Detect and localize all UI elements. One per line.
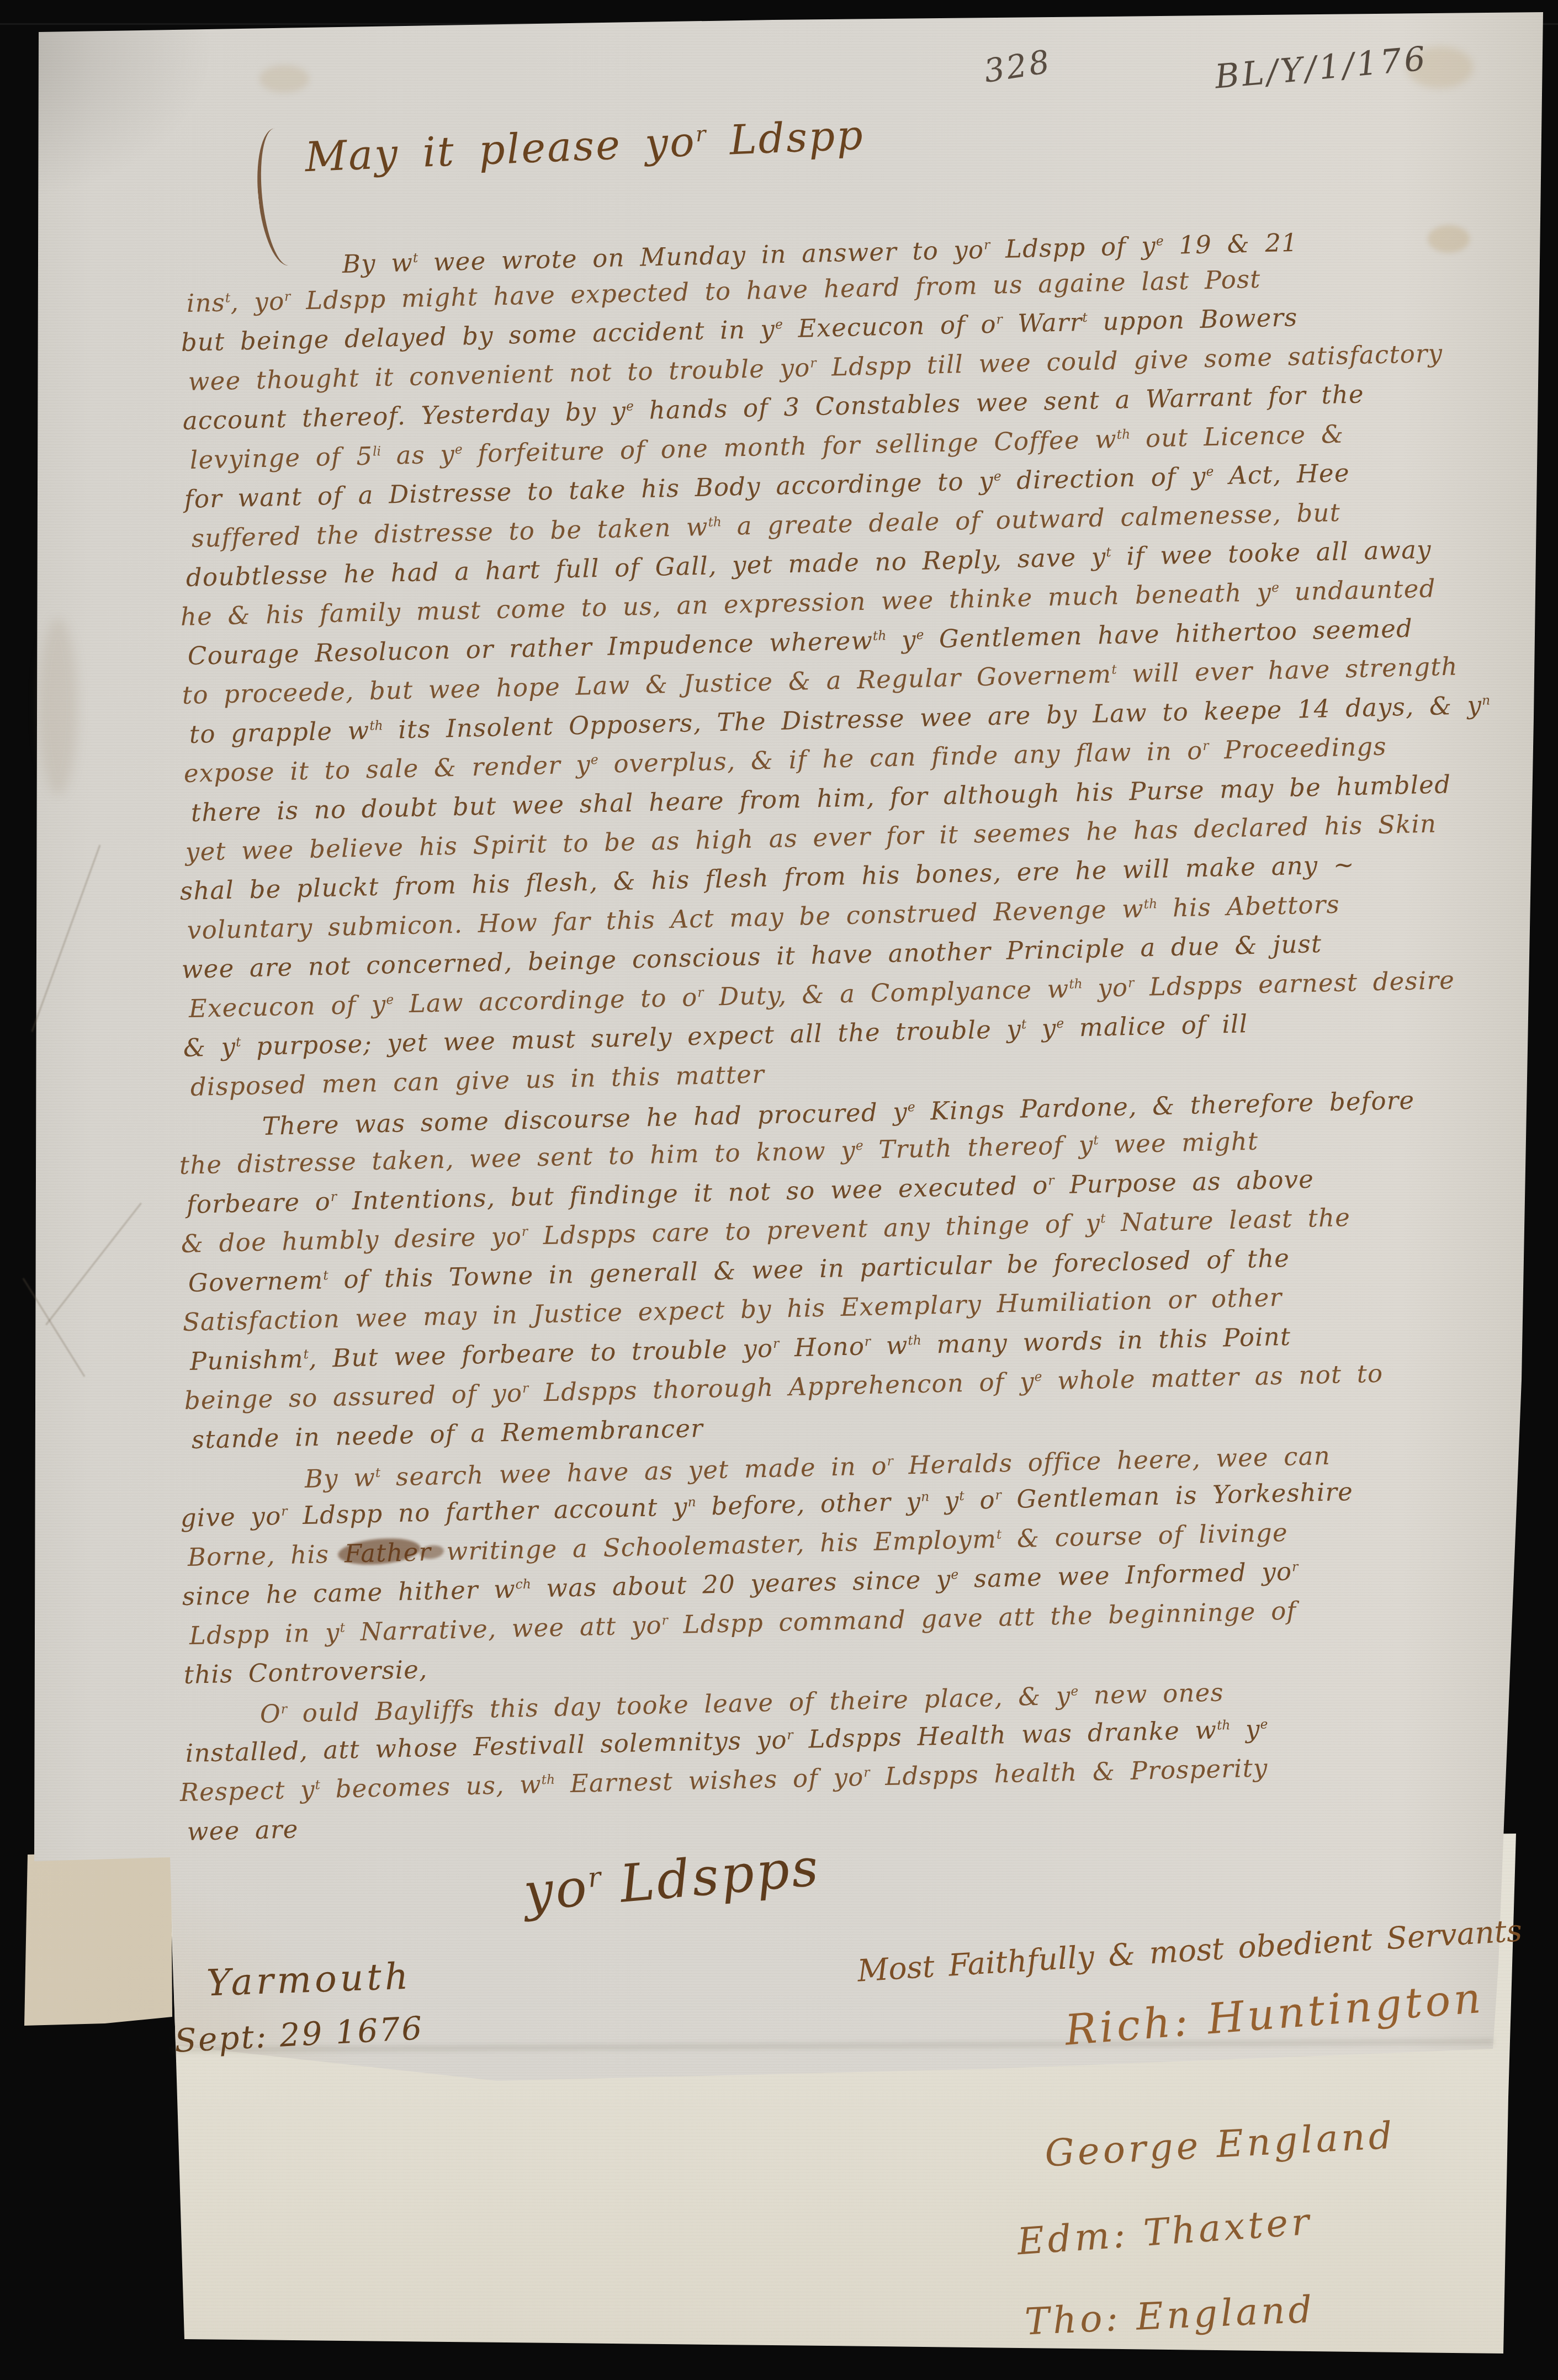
paper-stain bbox=[1428, 225, 1470, 253]
place-line: Yarmouth bbox=[206, 1955, 412, 2005]
manuscript-photo: 328 BL/Y/1/176 May it please yor Ldspp B… bbox=[0, 0, 1558, 2380]
paper-stain bbox=[259, 65, 309, 93]
letter-line: this Controversie, bbox=[183, 1655, 428, 1690]
letter-line: wee are bbox=[187, 1814, 299, 1846]
paper-stain bbox=[39, 618, 77, 795]
